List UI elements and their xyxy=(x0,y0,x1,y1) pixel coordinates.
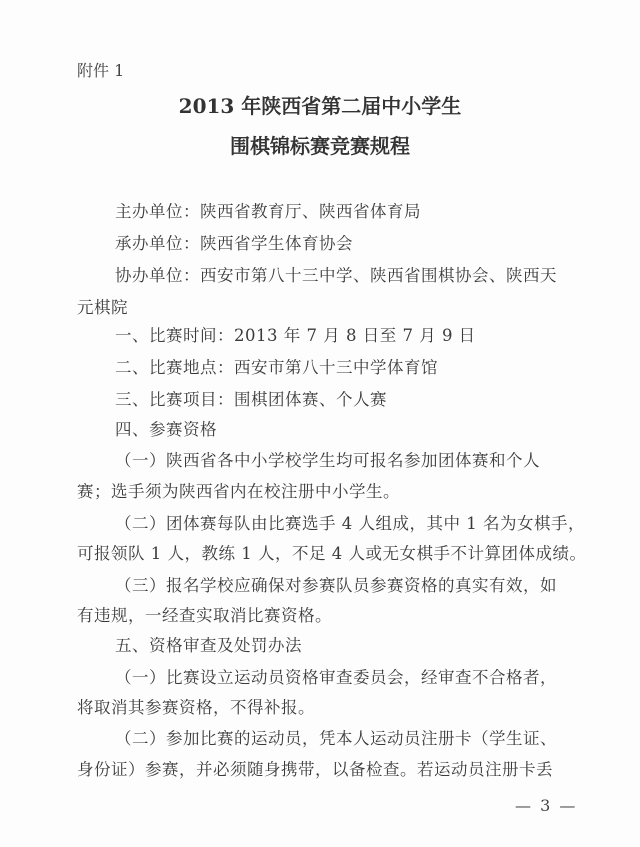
body-text-line: 可报领队 1 人，教练 1 人，不足 4 人或无女棋手不计算团体成绩。 xyxy=(77,540,586,564)
body-text-line: （二）参加比赛的运动员，凭本人运动员注册卡（学生证、 xyxy=(115,725,557,749)
document-title-line-2: 围棋锦标赛竞赛规程 xyxy=(0,130,640,159)
body-text-line: 三、比赛项目：围棋团体赛、个人赛 xyxy=(115,386,387,410)
body-text-line: 有违规，一经查实取消比赛资格。 xyxy=(77,602,332,626)
body-text-line: 元棋院 xyxy=(77,294,128,318)
body-text-line: 五、资格审查及处罚办法 xyxy=(115,632,302,656)
document-title-line-1: 2013 年陕西省第二届中小学生 xyxy=(0,90,640,119)
body-text-line: 四、参赛资格 xyxy=(115,416,217,440)
body-text-line: 承办单位：陕西省学生体育协会 xyxy=(115,230,353,254)
body-text-line: 将取消其参赛资格，不得补报。 xyxy=(77,694,315,718)
body-text-line: 赛；选手须为陕西省内在校注册中小学生。 xyxy=(77,478,400,502)
attachment-label: 附件 1 xyxy=(77,58,124,81)
page-number: — 3 — xyxy=(515,796,577,815)
body-text-line: （一）陕西省各中小学校学生均可报名参加团体赛和个人 xyxy=(115,447,540,471)
body-text-line: 协办单位：西安市第八十三中学、陕西省围棋协会、陕西天 xyxy=(115,262,557,286)
body-text-line: （三）报名学校应确保对参赛队员参赛资格的真实有效，如 xyxy=(115,572,557,596)
body-text-line: 主办单位：陕西省教育厅、陕西省体育局 xyxy=(115,198,421,222)
body-text-line: 二、比赛地点：西安市第八十三中学体育馆 xyxy=(115,354,438,378)
body-text-line: 身份证）参赛，并必须随身携带，以备检查。若运动员注册卡丢 xyxy=(77,756,553,780)
body-text-line: 一、比赛时间：2013 年 7 月 8 日至 7 月 9 日 xyxy=(115,322,476,346)
body-text-line: （一）比赛设立运动员资格审查委员会，经审查不合格者， xyxy=(115,664,557,688)
body-text-line: （二）团体赛每队由比赛选手 4 人组成，其中 1 名为女棋手， xyxy=(115,510,585,534)
